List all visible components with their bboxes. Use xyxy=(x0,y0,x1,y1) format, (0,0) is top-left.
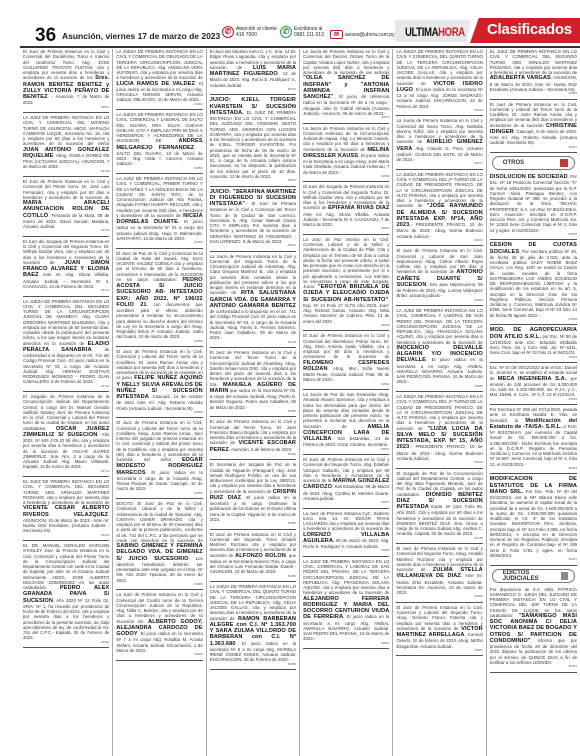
whatsapp-icon: ✆ xyxy=(280,26,292,38)
ad-code: 82852 xyxy=(210,575,296,579)
classified-ad: El Juez de Primera Instancia en lo Civil… xyxy=(23,49,109,113)
classified-ad: La Jueza de Primera Instancia en lo Civi… xyxy=(396,118,482,170)
classified-ad: El Juez de Primera Instancia en lo Civil… xyxy=(116,349,202,418)
classified-ad: El Juez de Primera Instancia en lo Civil… xyxy=(490,102,577,154)
ad-name-highlight: EPIFANIA RIVAS DIAZ xyxy=(328,205,389,211)
column-4: La Jueza de Primera Instancia en lo Civi… xyxy=(300,49,393,756)
ad-code: 82860 xyxy=(303,227,389,231)
classified-ad: El Juez de Primera Instancia en lo Civil… xyxy=(23,179,109,237)
ad-code: 83064 xyxy=(23,534,109,538)
ad-text: EL JUEZ DE PRIMERA INSTANCIA EN LO CIVIL… xyxy=(23,479,109,505)
classified-ad: LA JUEZ DE PRIMERA INSTANCIA EN LO CIVIL… xyxy=(116,176,202,249)
classified-ad: El Juez de Paz en lo Civil y Comercial d… xyxy=(116,251,202,348)
ad-text: El Juez de Primera Instancia en lo Civil… xyxy=(116,420,202,462)
classified-ad: El Secretario del Juzgado de Paz de la C… xyxy=(210,462,296,529)
classified-ad: El Juez de Primera Instancia en lo Civil… xyxy=(210,532,296,583)
ad-code: 82866 xyxy=(396,595,482,599)
ad-text: , Año 2023 Nº 12 Folio 02, SRIA. Nº 1, h… xyxy=(23,598,109,641)
ad-text: LA JUEZA DE PRIMERA INSTANCIA EN LO CIVI… xyxy=(116,49,202,80)
ad-code: 82856 xyxy=(116,167,202,171)
ad-code: 82865 xyxy=(116,241,202,245)
ad-code: 82872 xyxy=(396,239,482,243)
ad-text: Ante mí: Abg. Gloria Villalba, Actuaria … xyxy=(303,212,389,228)
ad-text: . Por Esc. Nº 18 Protocolo Comercial Sec… xyxy=(490,174,577,233)
ad-code: 82762 xyxy=(23,385,109,389)
ad-code: 83861 xyxy=(23,106,109,110)
ad-code: 82902 xyxy=(116,103,202,107)
column-2: LA JUEZA DE PRIMERA INSTANCIA EN LO CIVI… xyxy=(113,49,206,756)
contact-email: ✉ avisos@uhora.com.py xyxy=(330,30,395,39)
classified-ad: CESION DE CUOTAS SOCIALES. Por escritura… xyxy=(490,242,577,325)
ad-text: EL JUEZ DE PRIMERA INSTANCIA EN LO CIVIL… xyxy=(490,49,577,75)
ad-text: LA JUEZ DE PRIMERA INSTANCIA EN LO CIVIL… xyxy=(116,176,202,218)
section-header-edictos: EDICTOS JUDICIALES xyxy=(492,569,575,583)
classified-ad: EL DR. MANUEL GERALDO SAIFILDIN STANLEY … xyxy=(23,543,109,648)
ad-text: , de conformidad a lo dispuesto en el Ar… xyxy=(23,347,109,385)
ad-name-highlight: LUCIA RAMOS DE VALDEZ xyxy=(116,81,195,87)
ad-code: 82862 xyxy=(396,299,482,303)
classified-ad: El Juez del Juzgado de Primera Instancia… xyxy=(23,239,109,297)
contact-phone-value: 415 7000 xyxy=(236,32,278,38)
classified-ad: LA JUEZ DE PRIMERA INSTANCIA EN LO CIVIL… xyxy=(396,308,482,392)
ad-code: 82880 xyxy=(303,642,389,646)
classified-ad: LA JUEZA DE PRIMERA INSTANCIA EN LO CIVI… xyxy=(396,394,482,469)
classified-ad: La Jueza de Primera Instancia en lo Civi… xyxy=(303,49,389,124)
column-6: EL JUEZ DE PRIMERA INSTANCIA EN LO CIVIL… xyxy=(487,49,580,756)
ad-text: El Juez de Primera Instancia en lo Civil… xyxy=(303,333,389,359)
ad-code: 82886 xyxy=(116,583,202,587)
ad-code: 82889 xyxy=(210,663,296,667)
classified-ad: La Juez de Primera Instancia CyC, Séptim… xyxy=(303,511,389,557)
ad-code: 82870 xyxy=(303,116,389,120)
classified-ad: El Juez de Primera Instancia en lo Civil… xyxy=(303,333,389,390)
contact-whatsapp: ✆ Escribinos al 0981 111 013 xyxy=(280,26,324,38)
column-1: El Juez de Primera Instancia en lo Civil… xyxy=(20,49,113,756)
ad-code: 82857 xyxy=(303,501,389,505)
contact-email-value: avisos@uhora.com.py xyxy=(345,32,395,38)
megaphone-icon xyxy=(560,159,568,167)
column-3: El Juez del Séptimo turno C. y C. Sria. … xyxy=(207,49,300,756)
ad-text: . Asunción, 6 de febrero de 2023. xyxy=(229,447,292,452)
classified-ad: LA JUEZ DE PRIMERA INSTANCIA EN LO CIVIL… xyxy=(23,115,109,177)
classified-ad: El Juez del Juzgado de Primera Instancia… xyxy=(303,184,389,235)
ad-code: 82888 xyxy=(303,549,389,553)
ad-code: 82845 xyxy=(303,324,389,328)
classified-ad: EL JUEZ DE PRIMERA INSTANCIA EN LO CIVIL… xyxy=(23,479,109,541)
ad-code: 82780 xyxy=(23,229,109,233)
ad-code: 82899 xyxy=(116,653,202,657)
ad-text: La Juez de Paz Interino en lo Civil, Com… xyxy=(303,237,389,289)
section-header-otros: OTROS xyxy=(492,156,575,170)
ad-code: 82858 xyxy=(490,318,577,322)
classified-ad: La Jueza de Primera Instancia en lo Civi… xyxy=(210,254,296,349)
gavel-icon xyxy=(561,572,568,580)
classified-ad: LA JUEZA DE PRIMERA INSTANCIA EN LO CIVI… xyxy=(396,49,482,116)
classified-ad: MOD. DE AGROPECUARIA DON ATILIO S.R.L. p… xyxy=(490,327,577,363)
ad-text: La Jueza de Primera Instancia en lo Civi… xyxy=(210,254,296,296)
classified-ad: LA JUEZA DE PRIMERA INSTANCIA EN LO CIVI… xyxy=(23,299,109,393)
ad-text: La Juez de Primera Instancia CyC, Séptim… xyxy=(303,511,389,532)
dateline: Asunción, viernes 17 de marzo de 2023 xyxy=(62,31,220,41)
classified-ad: LA JUEZA DE PRIMERA INSTANCIA EN LO CIVI… xyxy=(116,49,202,110)
ad-text: LA JUEZA DE PRIMERA INSTANCIA EN LO CIVI… xyxy=(23,299,109,346)
classified-ad: El Juez del Séptimo turno C. y C. Sria. … xyxy=(210,49,296,95)
ad-code: 82738 xyxy=(396,537,482,541)
ad-text: . Por escritura pública Nº 48, de fecha … xyxy=(490,249,577,318)
brand-logo-b: HORA xyxy=(438,25,465,39)
ad-code: 82887 xyxy=(490,558,577,562)
page-header: 36 Asunción, viernes 17 de marzo de 2023… xyxy=(0,0,580,47)
ad-name-highlight: ADALBERTA VARGAS xyxy=(490,75,551,81)
contact-whatsapp-value: 0981 111 013 xyxy=(294,32,324,38)
ad-name-highlight: DISOLUCION DE SOCIEDAD xyxy=(490,174,568,180)
ad-code: 82857 xyxy=(303,448,389,452)
ad-code: 82839 xyxy=(396,109,482,113)
ad-code: 82849 xyxy=(490,356,577,360)
ad-code: 82895 xyxy=(116,492,202,496)
ad-text: LA JUEZ DE PRIMERA INSTANCIA EN LO CIVIL… xyxy=(396,308,482,345)
ad-code: 82851 xyxy=(490,665,577,669)
classified-ad: LA JUEZA DE PRIMERA INSTANCIA EN LO CIVI… xyxy=(116,112,202,174)
ad-code: 82896 xyxy=(303,175,389,179)
ad-code: 82858 xyxy=(116,411,202,415)
ad-text: La Jueza de Primera Instancia en lo Civi… xyxy=(303,49,389,75)
ad-text: LA JUEZ DE PRIMERA INSTANCIA EN LO CIVIL… xyxy=(23,115,109,146)
ad-code: 82881 xyxy=(210,244,296,248)
ad-name-highlight: VICENTE CESAR ALBERTO RIVEROS VELAZQUEZ xyxy=(23,505,109,517)
ad-code: 82865 xyxy=(210,522,296,526)
ad-text: , con documentos que acrediten para el e… xyxy=(116,302,202,340)
classified-ad: El Juez de Primera Instancia en lo Civil… xyxy=(116,420,202,499)
classified-ad: El Juez de Primera Instancia en lo Civil… xyxy=(396,248,482,306)
ad-code: 82768 xyxy=(23,170,109,174)
classified-ad: EL JUEZ DE PRIMERA INSTANCIA EN LO CIVIL… xyxy=(490,49,577,100)
classified-ad: Por Escritura Nº 208 del 07/12/2022, pas… xyxy=(490,407,577,474)
ad-text: de conformidad a lo dispuesto en el art.… xyxy=(210,309,296,340)
classified-ad: El Juez de Primera Instancia en lo Civil… xyxy=(396,546,482,603)
classified-ad: El Juez de Primera Instancia en lo Civil… xyxy=(396,605,482,657)
ad-name-highlight: ALFONZO ROLON xyxy=(235,553,286,559)
section-header-edictos-label: EDICTOS JUDICIALES xyxy=(503,570,561,582)
ad-text: EL DR. MANUEL GERALDO SAIFILDIN STANLEY … xyxy=(23,543,109,590)
classified-ad: El Juzgado de Paz de la Circunscripción … xyxy=(396,471,482,545)
classified-ad: LA JUEZA DE PRIMERA INSTANCIA EN LO CIVI… xyxy=(210,584,296,670)
ad-text: Por Esc. Púb. Nº 40 del 04/10/2013, ant … xyxy=(490,489,577,558)
page-number: 36 xyxy=(35,25,56,47)
classified-ad: El Juzgado de Primera Instancia de la Ci… xyxy=(23,394,109,477)
phone-icon: ✆ xyxy=(222,26,234,38)
ad-code: 82871 xyxy=(396,162,482,166)
ad-code: 82861 xyxy=(210,453,296,457)
ad-code: 82850 xyxy=(490,398,577,402)
brand-logo-a: ULTIMA xyxy=(405,25,438,39)
classified-ad: DISOLUCION DE SOCIEDAD. Por Esc. Nº 18 P… xyxy=(490,174,577,240)
brand-logo: ULTIMAHORA xyxy=(405,25,465,39)
header-rule xyxy=(20,46,580,48)
classified-ad: LA JUEZ DE PRIMERA INSTANCIA EN LO CIVIL… xyxy=(303,559,389,649)
classified-ad: La Jueza de Paz de San Estanislao Abog. … xyxy=(303,392,389,455)
classified-ad: JUICIO: KJELL TORGEIR KVARSTEIN S/ SUCES… xyxy=(210,97,296,186)
ad-code: 82853 xyxy=(490,467,577,471)
ad-text: LA JUEZ DE PRIMERA INSTANCIA EN LO CIVIL… xyxy=(303,559,389,596)
ad-code: 82857 xyxy=(490,146,577,150)
ad-code: 82856 xyxy=(210,410,296,414)
ad-code: 82854 xyxy=(490,92,577,96)
ad-text: .- PRESIDENTE FRANCO, 10 de Marzo de 202… xyxy=(396,444,482,461)
ad-text: EDICTO: El Juez de Paz en lo Civil, Come… xyxy=(116,501,202,543)
classified-ad: La Juez de Primera Instancia en lo Civil… xyxy=(116,592,202,660)
ad-code: 82890 xyxy=(116,340,202,344)
classified-ad: MODIFICACION DE ESTATUTOS DE LA FIRMA MA… xyxy=(490,476,577,565)
ad-code: 82861 xyxy=(396,649,482,653)
classified-ad: Por disposición de S.S. ABG. PATRICIA SA… xyxy=(490,587,577,673)
ad-text: .- El Juez de Primera Instancia en lo Ci… xyxy=(210,201,296,244)
ad-text: El Juez de Primera Instancia en lo Civil… xyxy=(23,179,109,200)
classified-ad: Esc. Nº 67 del 30/12/2022 ante el Esc. D… xyxy=(490,365,577,405)
ad-code: 82838 xyxy=(396,461,482,465)
ad-code: 82855 xyxy=(490,233,577,237)
classified-ad: EDICTO: El Juez de Paz en lo Civil, Come… xyxy=(116,501,202,590)
ad-code: 82733 xyxy=(23,289,109,293)
ad-text: EL JUEZ DE PRIMERA INSTANCIA EN LO CIVIL… xyxy=(210,110,296,179)
classified-ad: LA JUEZA DE PRIMERA INSTANCIA EN LO CIVI… xyxy=(396,172,482,247)
ad-name-highlight: MECA INGENIERIA S.A. xyxy=(498,376,567,382)
classified-ad: El Juez de Primera Instancia en lo Civil… xyxy=(210,350,296,417)
classified-ad: La Juez de Paz Interino en lo Civil, Com… xyxy=(303,237,389,332)
column-5: LA JUEZA DE PRIMERA INSTANCIA EN LO CIVI… xyxy=(393,49,486,756)
columns: El Juez de Primera Instancia en lo Civil… xyxy=(20,49,580,756)
classified-ad: La Jueza de Primera Instancia en lo Civi… xyxy=(303,126,389,183)
ad-code: 82790 xyxy=(210,341,296,345)
section-header-otros-label: OTROS xyxy=(503,160,524,166)
section-title: Clasificados xyxy=(470,18,580,43)
classified-ad: JUICIO: "SERAFINA MARTINEZ DI FIGUEREDO … xyxy=(210,189,296,252)
ad-code: 82867 xyxy=(210,179,296,183)
ad-code: 82811 xyxy=(23,641,109,645)
ad-code: 82901 xyxy=(210,88,296,92)
envelope-icon: ✉ xyxy=(330,30,343,39)
ad-text: c/ RUC Nº 80107564-0, por Aumento de Cap… xyxy=(490,424,577,467)
ad-code: 82885 xyxy=(396,385,482,389)
ad-text: , Año 2023, Nº 645, FOLIO 59 vlto, cita … xyxy=(23,432,109,470)
contact-phone: ✆ Atención al cliente: 415 7000 xyxy=(222,26,278,38)
classified-ad: El Juez de Primera Instancia en lo Civil… xyxy=(303,457,389,509)
classified-ad: El Juez de Primera Instancia en lo Civil… xyxy=(210,419,296,460)
ad-code: 82860 xyxy=(303,383,389,387)
ad-code: 82762 xyxy=(23,470,109,474)
